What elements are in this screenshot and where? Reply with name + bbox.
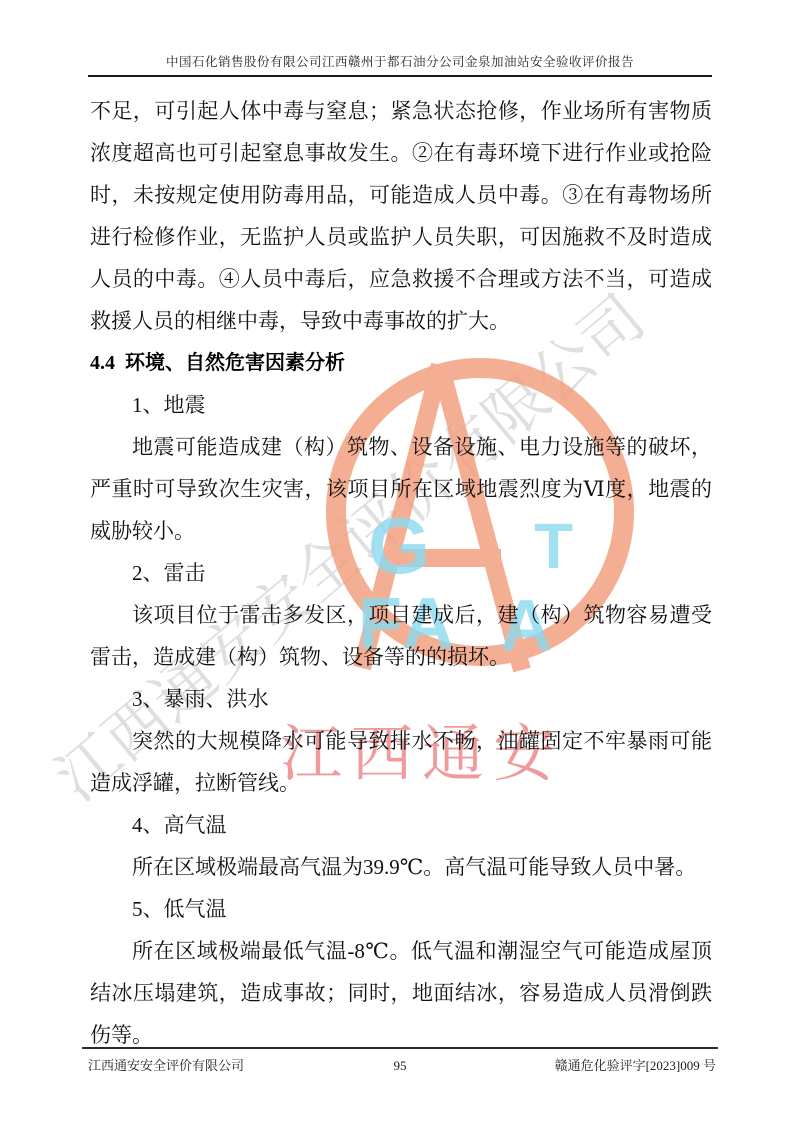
hazard-item-text-high-temperature: 所在区域极端最高气温为39.9℃。高气温可能导致人员中暑。 [90,846,712,888]
report-header-title: 中国石化销售股份有限公司江西赣州于都石油分公司金泉加油站安全验收评价报告 [88,52,712,70]
report-page: 江西通安安全评价有限公司 G FA T A 江西通安 中国石化销售股份有限公司江… [0,0,800,1131]
page-content: 不足，可引起人体中毒与窒息；紧急状态抢修，作业场所有害物质浓度超高也可引起窒息事… [90,90,712,1056]
continued-paragraph: 不足，可引起人体中毒与窒息；紧急状态抢修，作业场所有害物质浓度超高也可引起窒息事… [90,90,712,342]
hazard-item-text-lightning: 该项目位于雷击多发区，项目建成后，建（构）筑物容易遭受雷击，造成建（构）筑物、设… [90,594,712,678]
footer-company: 江西通安安全评价有限公司 [82,1055,394,1074]
section-number: 4.4 [90,352,115,374]
hazard-item-label-rainstorm-flood: 3、暴雨、洪水 [90,678,712,720]
hazard-item-text-low-temperature: 所在区域极端最低气温-8℃。低气温和潮湿空气可能造成屋顶结冰压塌建筑，造成事故；… [90,930,712,1056]
footer-page-number: 95 [394,1058,407,1074]
header-rule [88,75,712,77]
page-footer: 江西通安安全评价有限公司 95 赣通危化验评字[2023]009 号 [82,1047,718,1074]
hazard-item-label-earthquake: 1、地震 [90,384,712,426]
section-title: 环境、自然危害因素分析 [125,352,345,374]
hazard-item-label-lightning: 2、雷击 [90,552,712,594]
hazard-item-label-low-temperature: 5、低气温 [90,888,712,930]
footer-doc-number: 赣通危化验评字[2023]009 号 [407,1055,719,1074]
section-heading: 4.4环境、自然危害因素分析 [90,342,712,384]
hazard-item-label-high-temperature: 4、高气温 [90,804,712,846]
hazard-item-text-rainstorm-flood: 突然的大规模降水可能导致排水不畅，油罐固定不牢暴雨可能造成浮罐，拉断管线。 [90,720,712,804]
hazard-item-text-earthquake: 地震可能造成建（构）筑物、设备设施、电力设施等的破坏，严重时可导致次生灾害，该项… [90,426,712,552]
